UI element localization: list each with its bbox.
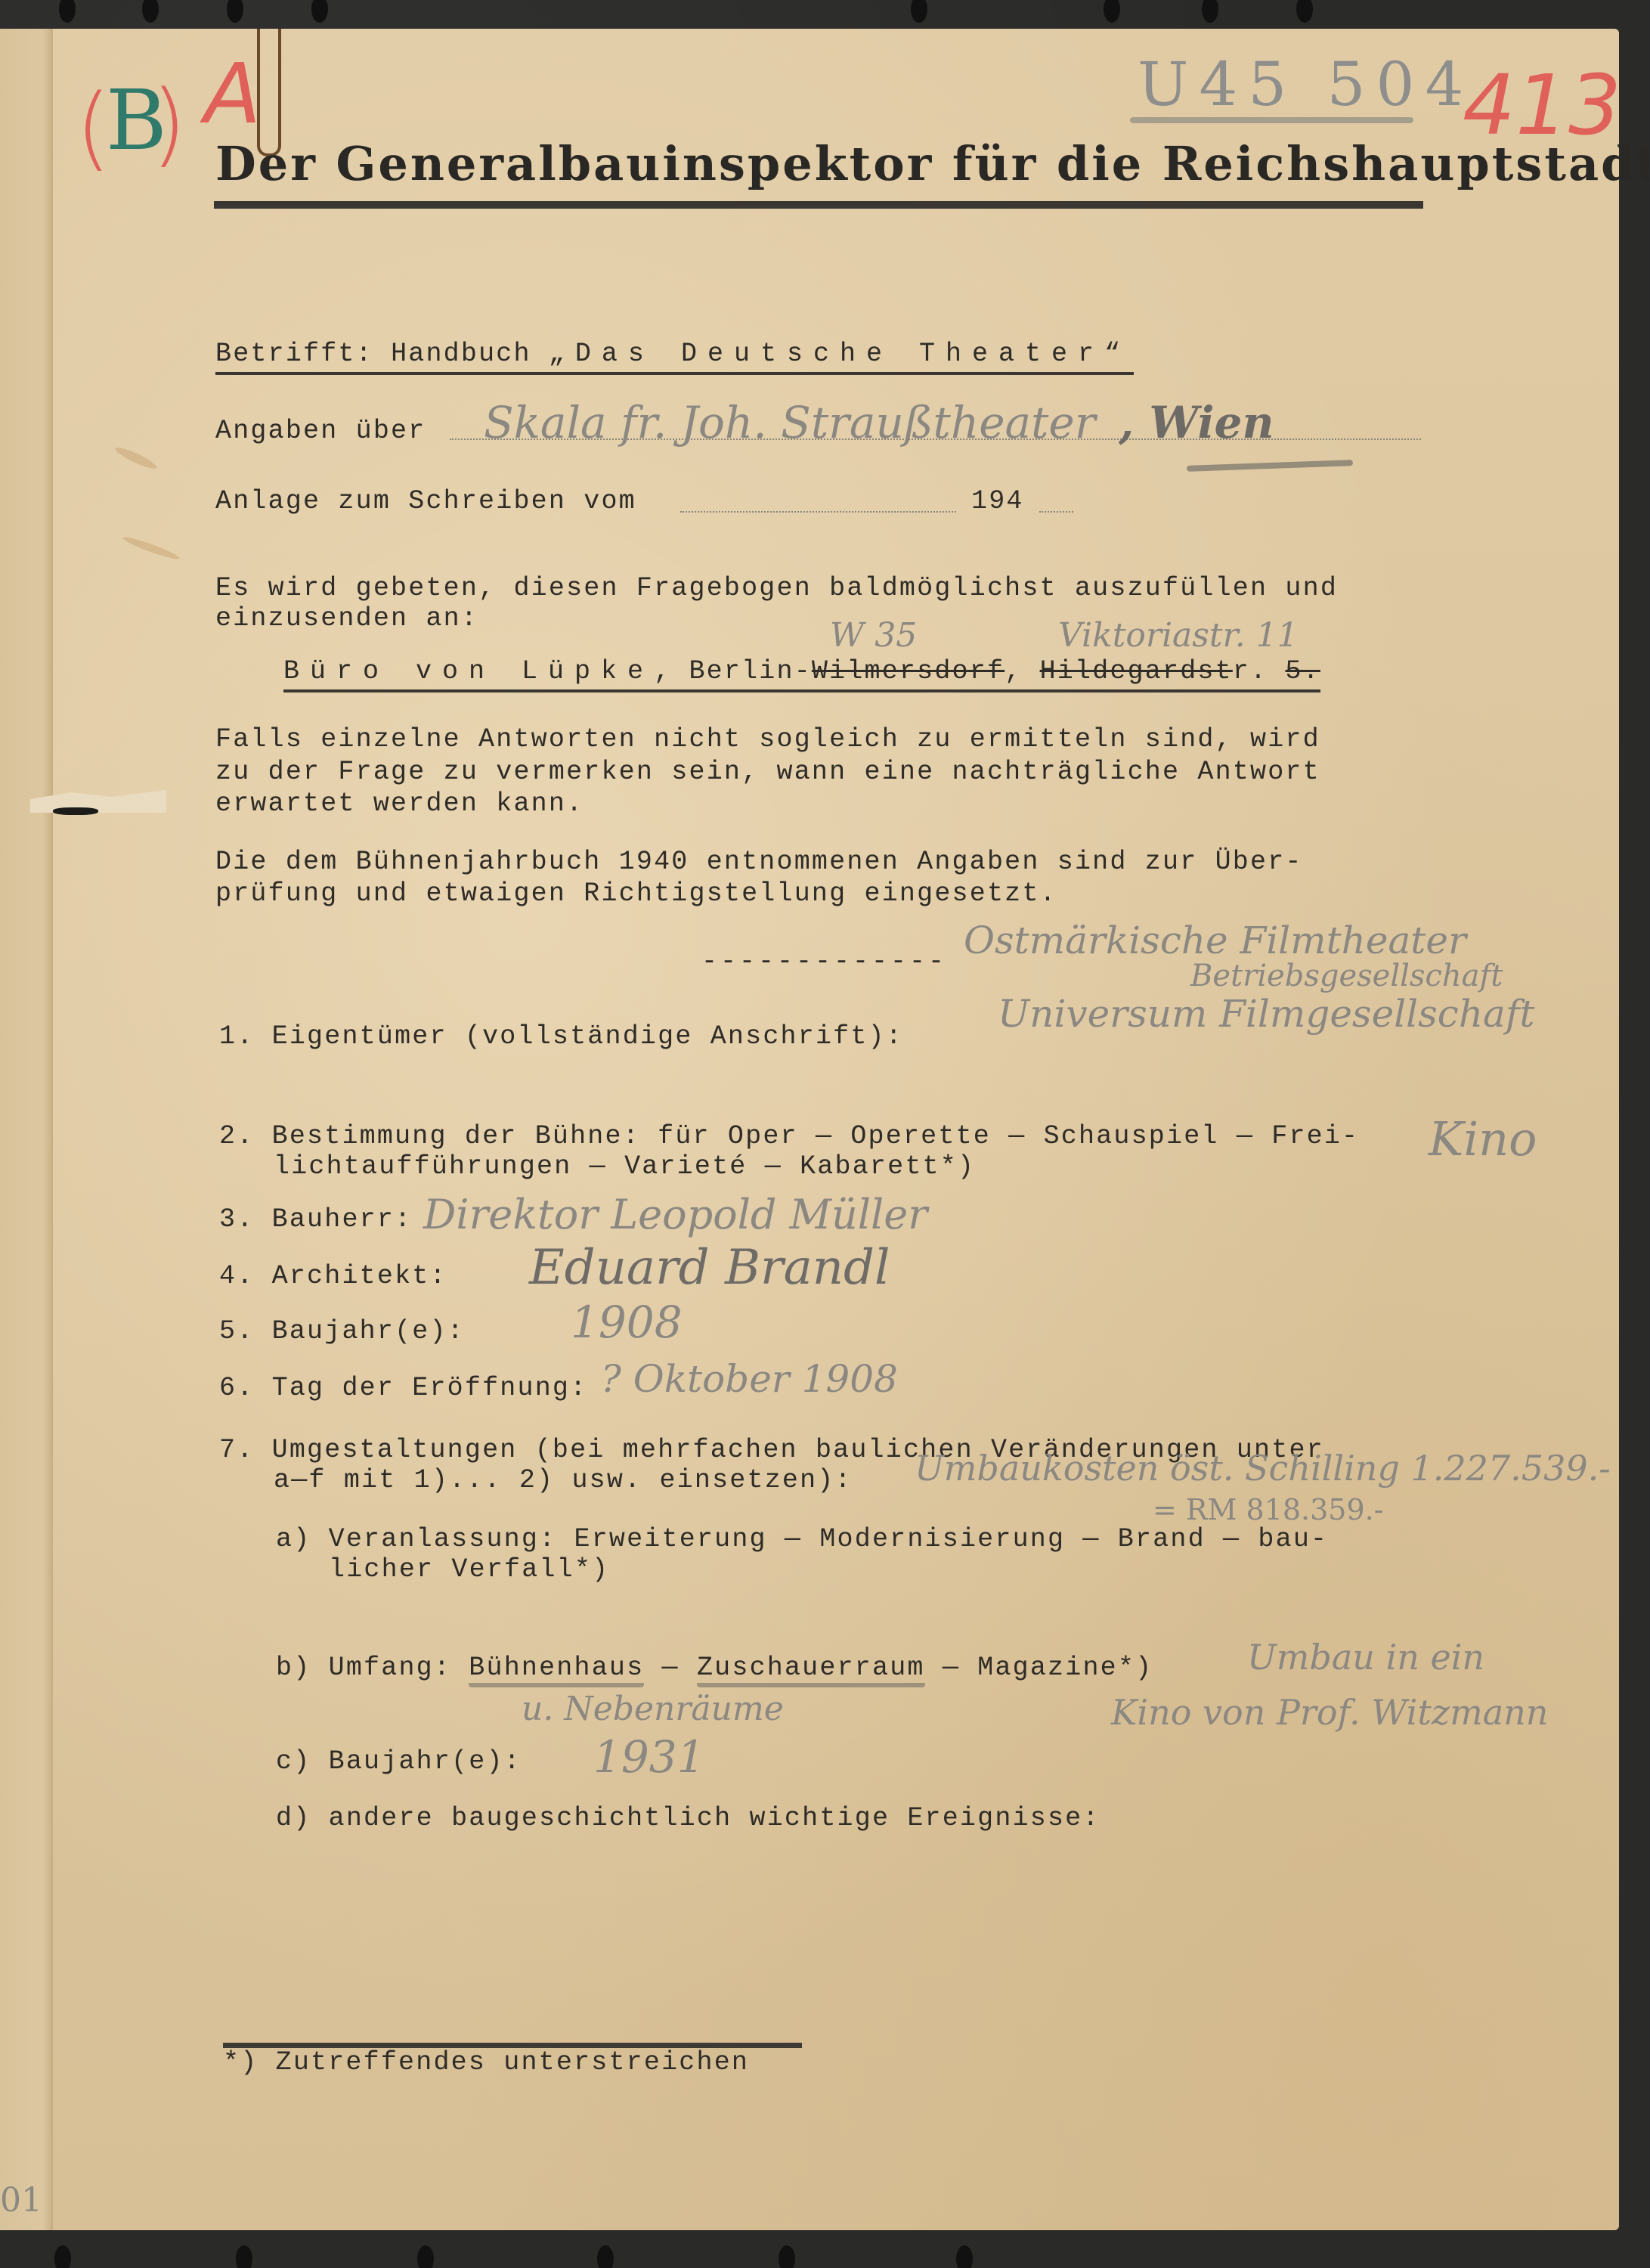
folded-page-edge [0, 29, 53, 2230]
q7b-handwritten-answer-line-2: Kino von Prof. Witzmann [1111, 1692, 1548, 1733]
q1-handwritten-line-1: Ostmärkische Filmtheater [964, 919, 1466, 962]
question-7a-line-2: licher Verfall*) [329, 1554, 609, 1585]
question-label: Tag der Eröffnung: [272, 1373, 588, 1403]
question-number: 5. [219, 1316, 254, 1346]
anlage-date-field[interactable] [680, 511, 956, 513]
sub-question-letter: a) [276, 1524, 311, 1554]
q7-handwritten-cost-line-1: Umbaukosten öst. Schilling 1.227.539.- [915, 1448, 1611, 1489]
q4-handwritten-answer: Eduard Brandl [529, 1240, 890, 1296]
question-number: 2. [219, 1121, 254, 1151]
question-5: 5. Baujahr(e): [219, 1316, 465, 1346]
anlage-year-field[interactable] [1039, 511, 1073, 513]
question-number: 3. [219, 1204, 254, 1235]
question-6: 6. Tag der Eröffnung: [219, 1373, 587, 1403]
question-2-line-2: lichtaufführungen — Varieté — Kabarett*) [274, 1151, 975, 1182]
q7c-handwritten-answer: 1931 [593, 1731, 705, 1783]
sub-question-label: andere baugeschichtlich wichtige Ereigni… [329, 1803, 1101, 1833]
question-label: Bestimmung der Bühne: für Oper — Operett… [272, 1121, 1360, 1151]
sub-question-letter: b) [276, 1653, 311, 1683]
question-3: 3. Bauherr: [219, 1204, 412, 1235]
question-7a-line-1: a) Veranlassung: Erweiterung — Modernisi… [276, 1524, 1328, 1554]
address-street-struck: Hildegardst [1040, 656, 1233, 686]
letterhead-title: Der Generalbauinspektor für die Reichsha… [215, 136, 1650, 191]
option-buehnenhaus-underlined: Bühnenhaus [469, 1653, 644, 1687]
subject-title: „Das Deutsche Theater“ [549, 339, 1131, 369]
question-number: 6. [219, 1373, 254, 1403]
sub-question-label: Umfang: [329, 1653, 469, 1683]
q5-handwritten-answer: 1908 [571, 1297, 683, 1348]
option-magazine: Magazine*) [977, 1653, 1153, 1683]
punch-hole [236, 2245, 252, 2268]
angaben-handwritten-city: , Wien [1119, 397, 1274, 448]
punch-hole [597, 2245, 614, 2268]
option-separator: — [644, 1653, 697, 1683]
address-city: , Berlin- [654, 656, 812, 686]
instructions-paragraph-1-line-2: einzusenden an: [215, 603, 478, 634]
q1-handwritten-line-3: Universum Filmgesellschaft [998, 992, 1534, 1036]
angaben-handwritten-value: Skala fr. Joh. Straußtheater [484, 397, 1095, 448]
angaben-label: Angaben über [215, 416, 426, 446]
pencil-underline [1130, 117, 1413, 123]
instructions-paragraph-2-line-3: erwartet werden kann. [215, 789, 584, 819]
question-label: Eigentümer (vollständige Anschrift): [272, 1021, 903, 1052]
punch-hole [54, 2245, 71, 2268]
address-street-tail: r. [1233, 656, 1286, 686]
instructions-paragraph-3-line-2: prüfung und etwaigen Richtigstellung ein… [215, 878, 1057, 909]
handwritten-street-correction: Viktoriastr. 11 [1058, 616, 1299, 655]
letterhead-rule [214, 201, 1423, 209]
red-parenthesis-close: ) [151, 72, 187, 177]
section-separator: ------------- [701, 947, 947, 977]
question-4: 4. Architekt: [219, 1261, 447, 1291]
instructions-paragraph-2-line-2: zu der Frage zu vermerken sein, wann ein… [215, 757, 1320, 787]
subject-prefix: Handbuch [391, 339, 531, 369]
anlage-year-prefix: 194 [971, 486, 1024, 516]
sub-question-label: Veranlassung: Erweiterung — Modernisieru… [329, 1524, 1329, 1554]
subject-line: Betrifft: Handbuch „Das Deutsche Theater… [215, 339, 1134, 375]
punch-hole [417, 2245, 434, 2268]
pencil-archive-number: U45 504 [1138, 49, 1474, 119]
question-label: Architekt: [272, 1261, 447, 1291]
address-comma: , [1005, 656, 1039, 686]
handwritten-district-correction: W 35 [830, 616, 917, 655]
question-number: 1. [219, 1021, 254, 1052]
instructions-paragraph-1-line-1: Es wird gebeten, diesen Fragebogen baldm… [215, 573, 1338, 603]
footnote: *) Zutreffendes unterstreichen [223, 2047, 749, 2077]
q7b-handwritten-under: u. Nebenräume [522, 1690, 784, 1728]
question-label: Baujahr(e): [272, 1316, 465, 1346]
option-separator: — [925, 1653, 978, 1683]
sub-question-letter: c) [276, 1746, 311, 1777]
anlage-label: Anlage zum Schreiben vom [215, 486, 636, 516]
question-7c: c) Baujahr(e): [276, 1746, 522, 1777]
question-number: 7. [219, 1435, 254, 1465]
sub-question-label: Baujahr(e): [329, 1746, 522, 1777]
question-7d: d) andere baugeschichtlich wichtige Erei… [276, 1803, 1101, 1833]
question-7b: b) Umfang: Bühnenhaus — Zuschauerraum — … [276, 1653, 1153, 1683]
address-district-struck: Wilmersdorf [812, 656, 1005, 686]
q1-handwritten-line-2: Betriebsgesellschaft [1190, 959, 1503, 993]
paper-tear-shadow [53, 807, 98, 815]
instructions-paragraph-3-line-1: Die dem Bühnenjahrbuch 1940 entnommenen … [215, 847, 1303, 877]
q7-handwritten-cost-line-2: = RM 818.359.- [1153, 1493, 1384, 1526]
margin-pencil-fragment: 01 [0, 2181, 42, 2220]
sub-question-letter: d) [276, 1803, 311, 1833]
punch-hole [779, 2245, 795, 2268]
question-2-line-1: 2. Bestimmung der Bühne: für Oper — Oper… [219, 1121, 1359, 1151]
question-1: 1. Eigentümer (vollständige Anschrift): [219, 1021, 903, 1052]
question-label: Bauherr: [272, 1204, 413, 1235]
red-letter-mark: A [204, 45, 261, 142]
address-number-struck: 5. [1285, 656, 1320, 686]
address-line: Büro von Lüpke, Berlin-Wilmersdorf, Hild… [283, 656, 1320, 692]
subject-label: Betrifft: [215, 339, 373, 369]
q3-handwritten-answer: Direktor Leopold Müller [423, 1191, 927, 1238]
address-office-name: Büro von Lüpke [283, 656, 654, 686]
option-zuschauerraum-underlined: Zuschauerraum [697, 1653, 925, 1687]
q2-handwritten-answer: Kino [1429, 1111, 1537, 1167]
question-number: 4. [219, 1261, 254, 1291]
instructions-paragraph-2-line-1: Falls einzelne Antworten nicht sogleich … [215, 724, 1320, 754]
q6-handwritten-answer: ? Oktober 1908 [601, 1357, 898, 1401]
question-7-line-2: a—f mit 1)... 2) usw. einsetzen): [274, 1465, 853, 1495]
q7b-handwritten-answer-line-1: Umbau in ein [1247, 1637, 1484, 1678]
punch-hole [956, 2245, 973, 2268]
